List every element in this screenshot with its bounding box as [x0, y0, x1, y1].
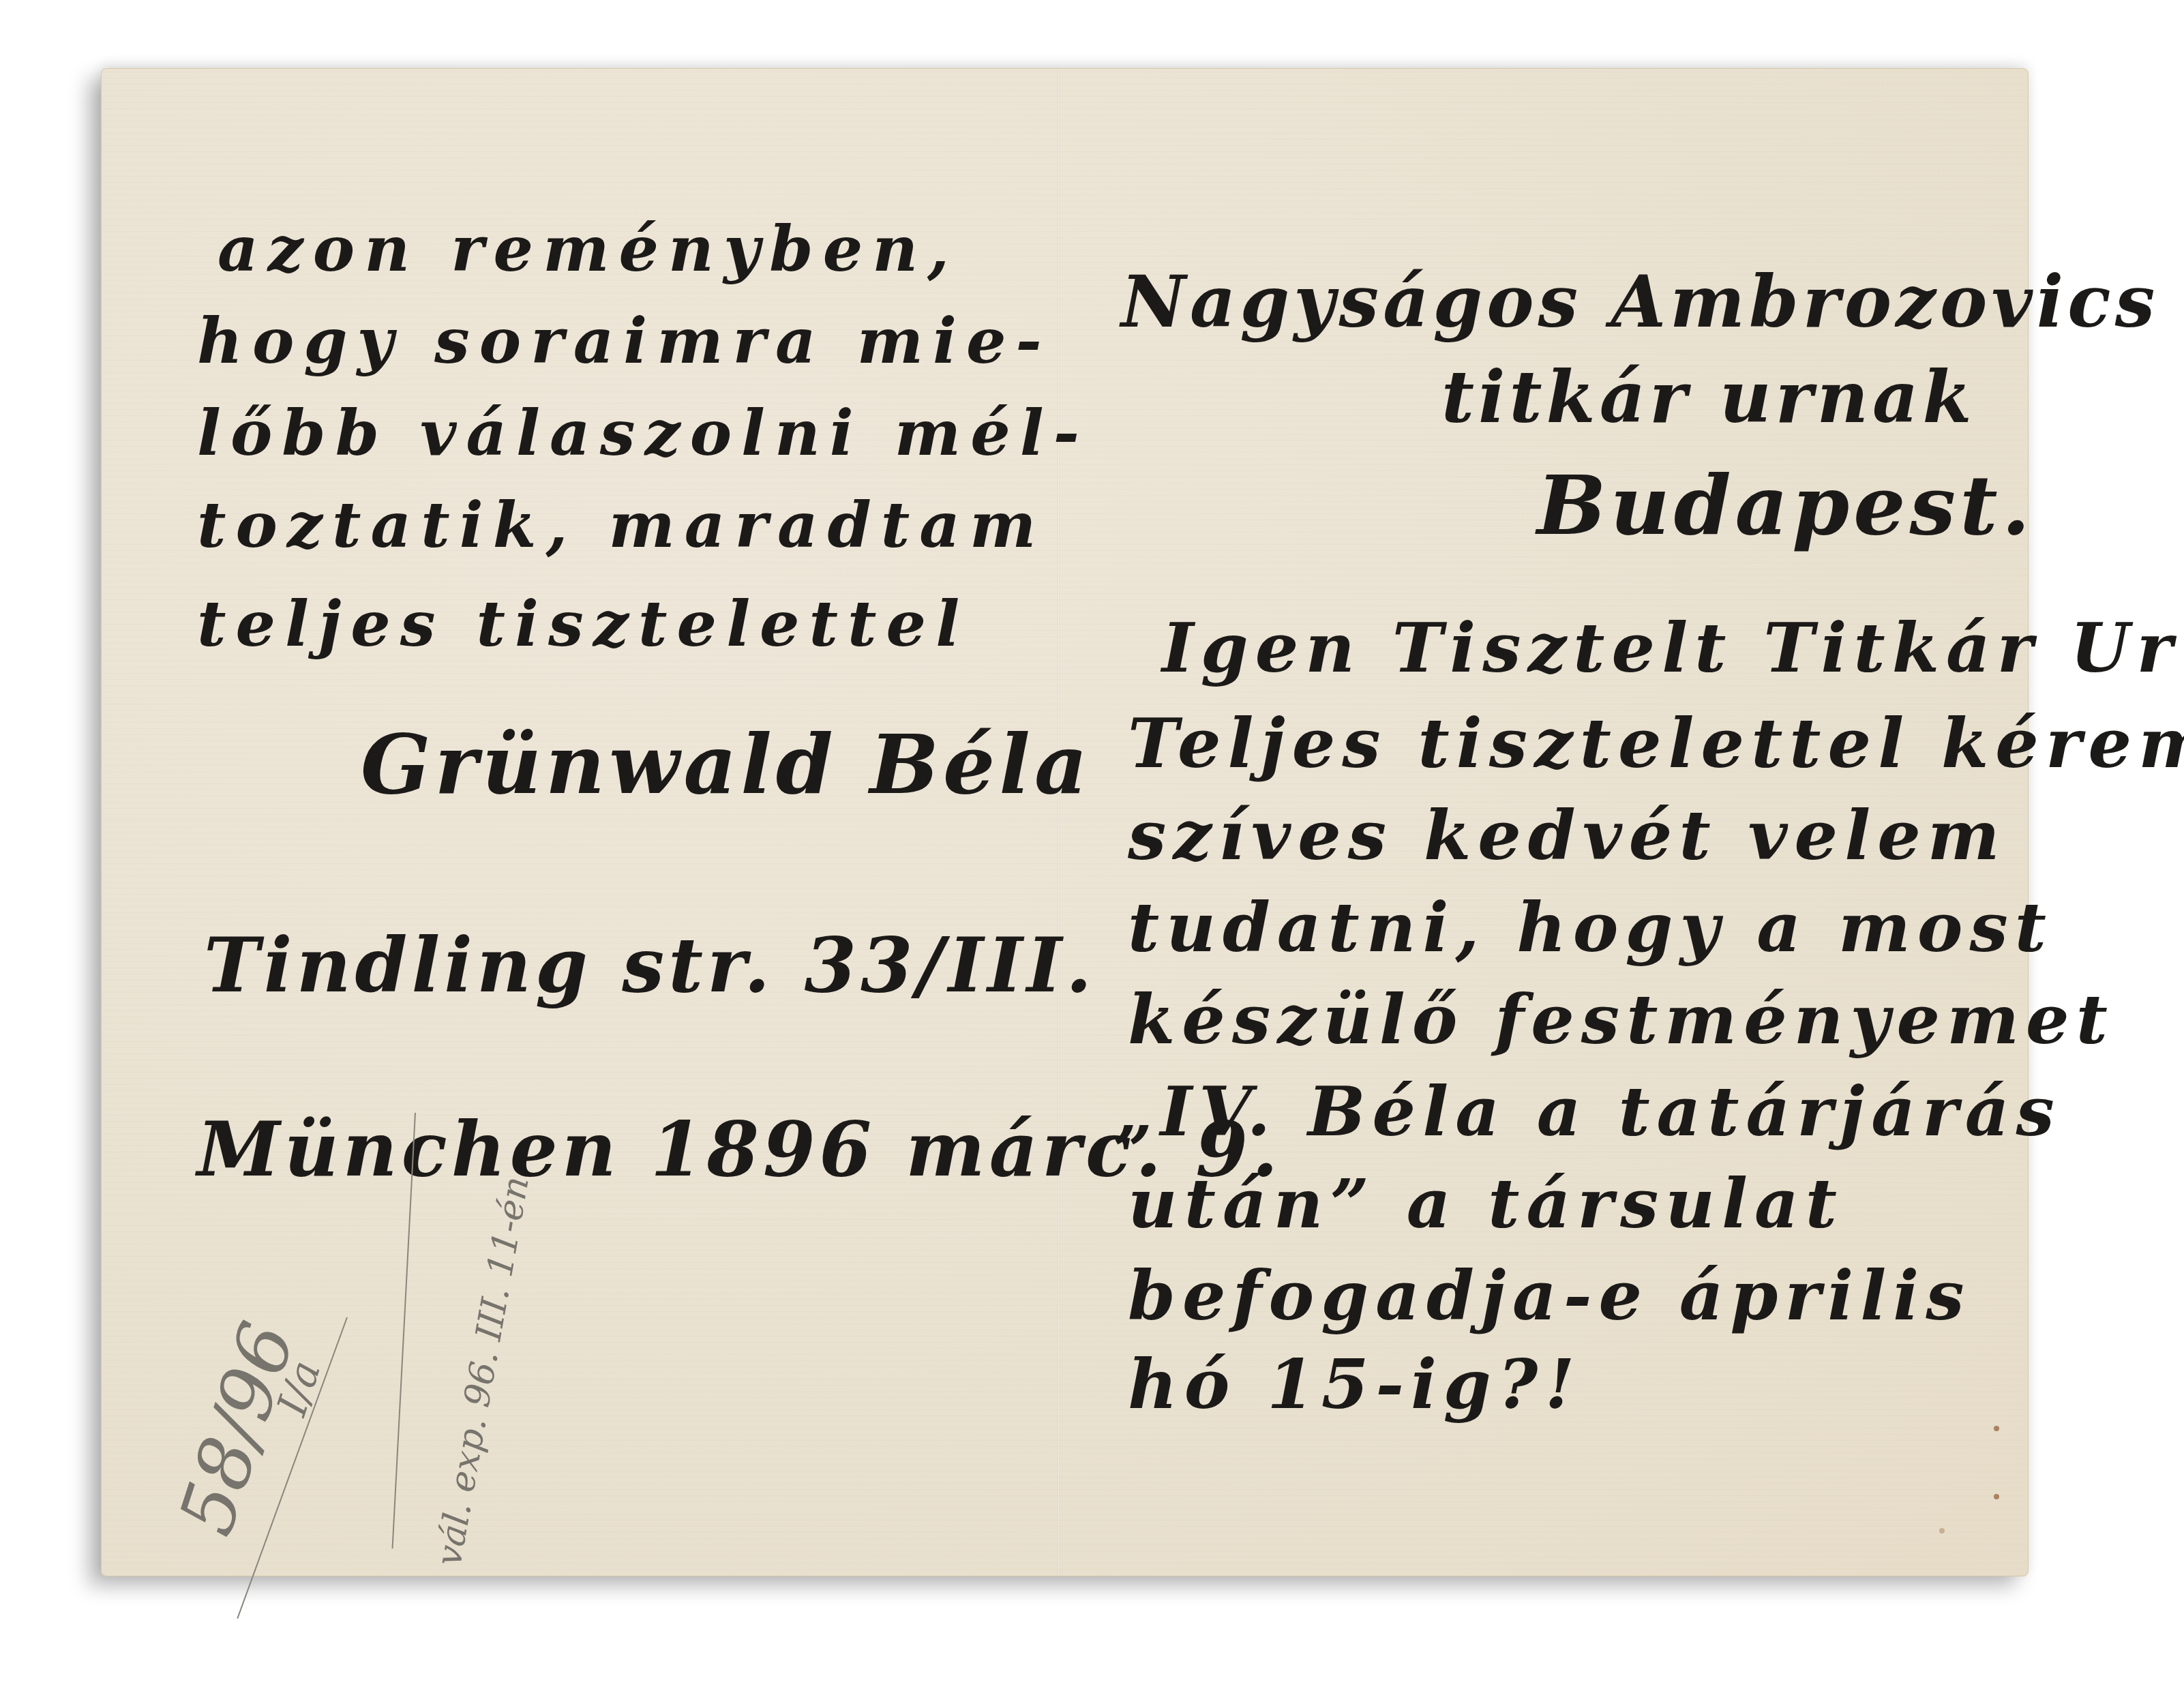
addressee-title: titkár urnak	[1441, 355, 1976, 439]
right-body-line-8: hó 15-ig?!	[1128, 1344, 1581, 1424]
left-body-line-1: azon reményben,	[218, 212, 959, 286]
salutation: Igen Tisztelt Titkár Ur!	[1162, 608, 2184, 688]
foxing-spot	[1994, 1494, 1999, 1499]
signature: Grünwald Béla	[361, 717, 1092, 813]
right-body-line-4: készülő festményemet	[1128, 979, 2114, 1060]
left-body-line-3: lőbb válaszolni mél-	[197, 396, 1089, 470]
addressee-name: Nagyságos Ambrozovics Dezső	[1121, 260, 2184, 344]
sender-address: Tindling str. 33/III.	[204, 921, 1096, 1009]
right-body-line-1: Teljes tisztelettel kérem	[1128, 703, 2184, 783]
foxing-spot	[1994, 1426, 1999, 1431]
right-body-line-5: „IV. Béla a tatárjárás	[1114, 1071, 2061, 1152]
right-body-line-6: után” a társulat	[1128, 1163, 1844, 1244]
right-page: Nagyságos Ambrozovics Dezső titkár urnak…	[1060, 69, 2028, 1576]
left-page: azon reményben, hogy soraimra mie- lőbb …	[102, 69, 1058, 1576]
right-body-line-7: befogadja-e április	[1128, 1255, 1971, 1336]
addressee-city: Budapest.	[1537, 458, 2034, 554]
left-body-line-5: teljes tisztelettel	[197, 587, 969, 661]
reply-note: vál. exp. 96. III. 11-én	[428, 1173, 537, 1569]
letter-sheet: azon reményben, hogy soraimra mie- lőbb …	[101, 68, 2029, 1576]
right-body-line-3: tudatni, hogy a most	[1128, 887, 2053, 968]
left-body-line-2: hogy soraimra mie-	[197, 304, 1051, 378]
right-body-line-2: szíves kedvét velem	[1128, 795, 2007, 876]
foxing-spot	[1939, 1528, 1945, 1533]
left-body-line-4: toztatik, maradtam	[197, 488, 1045, 562]
archival-reference-number: 58/96	[162, 1312, 312, 1544]
